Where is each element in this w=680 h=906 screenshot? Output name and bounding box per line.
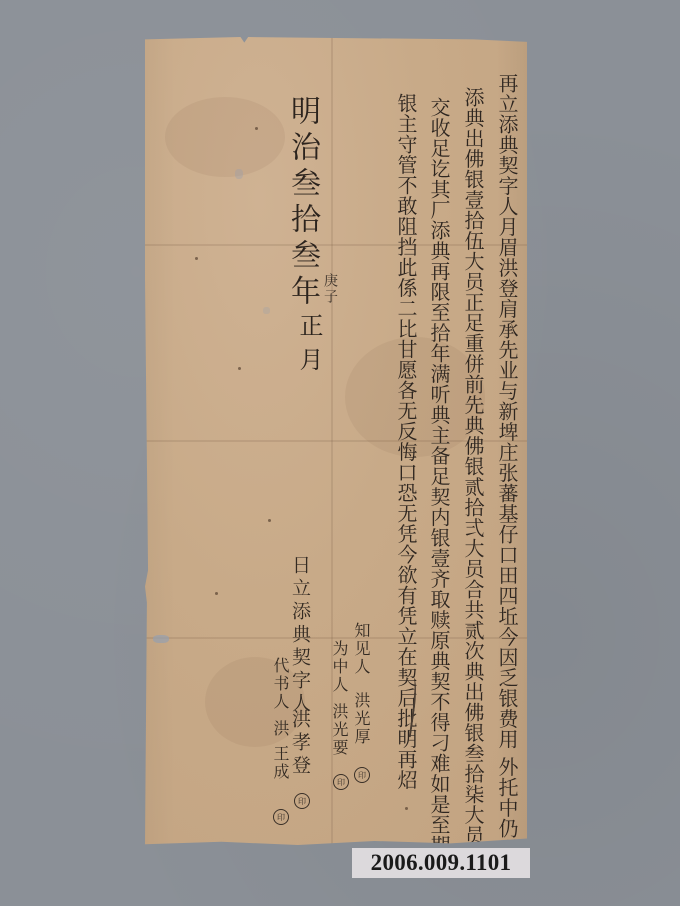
paper-speck: [255, 127, 258, 130]
seal-icon: 印: [354, 767, 370, 783]
signatory-role-middleman: 为中人: [331, 640, 347, 694]
paper-damage: [153, 635, 169, 643]
body-text-column-1: 再立添典契字人月眉洪登肩承先业与新埤庄张蕃基仔口田四坵今因乏银费用 外托中仍引就…: [497, 73, 517, 863]
date-era-year: 明治叁拾叁年: [287, 95, 317, 311]
signatory-name-principal: 洪孝登: [290, 709, 309, 778]
body-text-column-3: 交收足讫其厂添典再限至拾年满听典主备足契内银壹齐取赎原典契不得刁难如是至期无银可…: [429, 97, 449, 857]
body-text-column-2: 添典出佛银壹拾伍大员正足重併前先典佛银贰拾弍大员合共贰次典出佛银叁拾柒大员正足重…: [463, 87, 483, 862]
signatory-name-witness: 洪光厚: [353, 692, 369, 746]
date-cyclical-year: 庚子: [323, 273, 337, 305]
date-month: 正月: [297, 313, 321, 381]
catalog-number-label: 2006.009.1101: [352, 848, 530, 878]
paper-stain: [165, 97, 285, 177]
signatory-role-principal: 日立添典契字人: [290, 555, 309, 716]
seal-icon: 印: [273, 809, 289, 825]
signatory-role-witness: 知见人: [353, 622, 369, 676]
paper-speck: [268, 519, 271, 522]
signatory-name-middleman: 洪光要: [331, 703, 347, 757]
paper-speck: [195, 257, 198, 260]
paper-speck: [405, 807, 408, 810]
body-text-column-4: 银主守管不敢阻挡此係二比甘愿各无反悔口恐无凭今欲有凭立在契后批明再炤: [396, 93, 416, 653]
seal-icon: 印: [294, 793, 310, 809]
paper-speck: [238, 367, 241, 370]
signatory-role-scribe: 代书人: [272, 657, 288, 711]
signatory-name-scribe: 洪 王成: [272, 720, 288, 781]
seal-icon: 印: [333, 774, 349, 790]
document-paper: 再立添典契字人月眉洪登肩承先业与新埤庄张蕃基仔口田四坵今因乏银费用 外托中仍引就…: [145, 37, 527, 845]
paper-damage: [235, 169, 243, 179]
paper-damage: [263, 307, 270, 314]
paper-speck: [215, 592, 218, 595]
